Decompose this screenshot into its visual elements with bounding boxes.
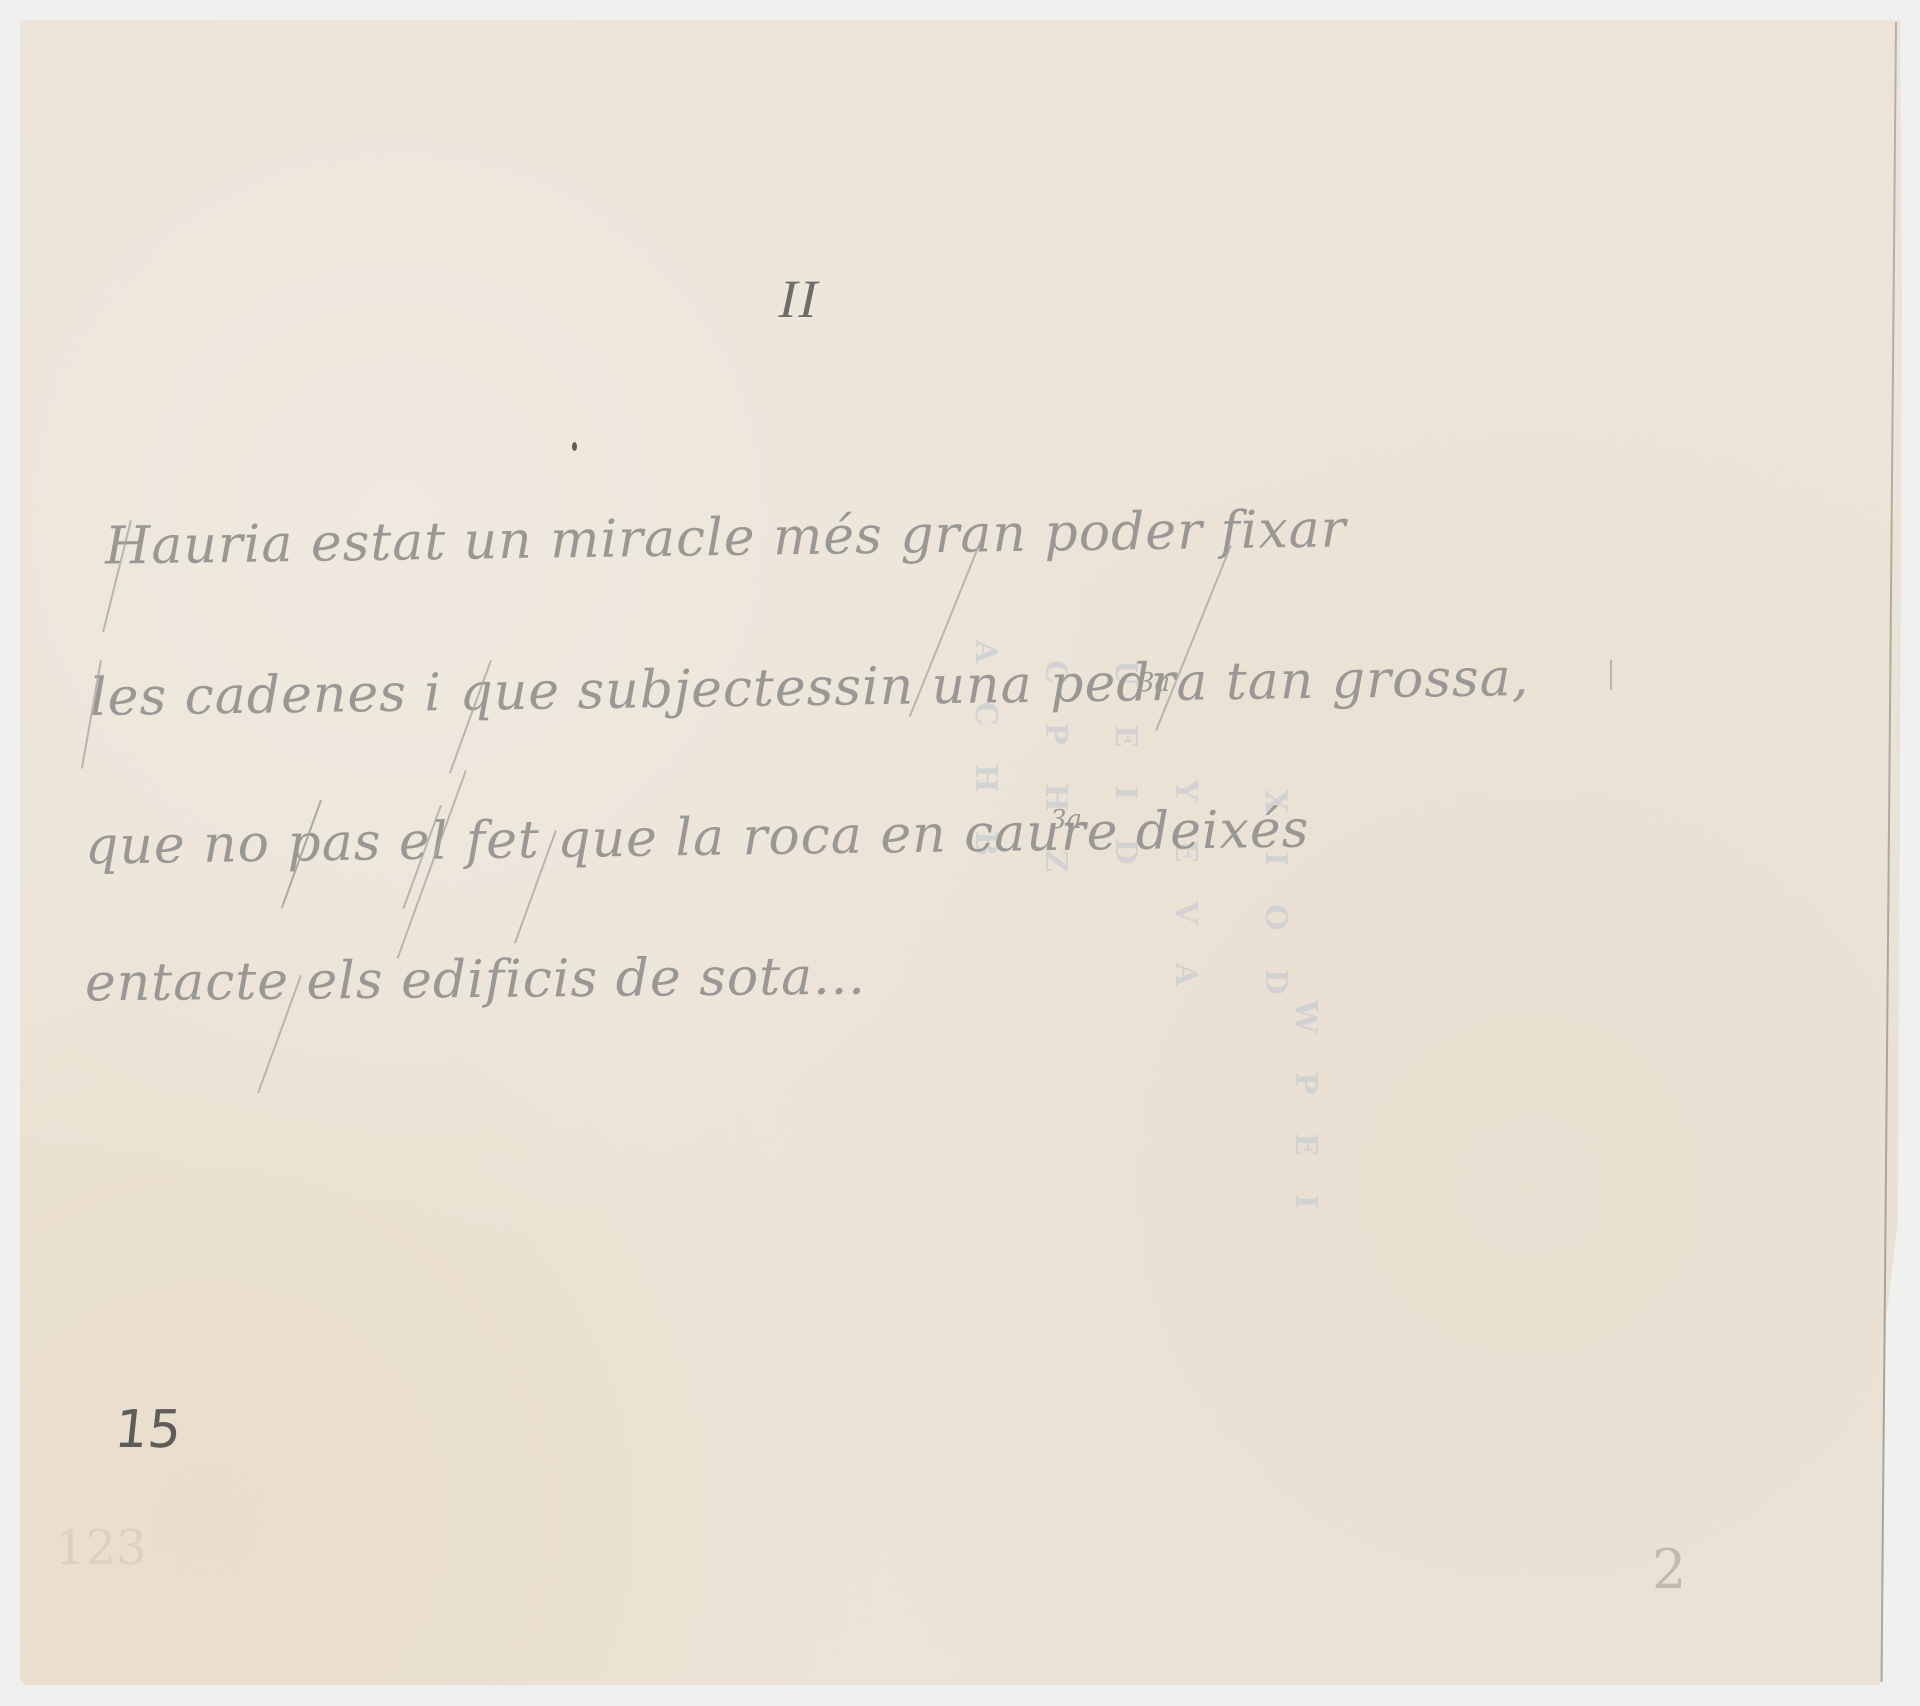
page-number: 15 (112, 1400, 184, 1460)
pencil-descender (1610, 660, 1612, 690)
faint-corner-mark: 123 (55, 1520, 147, 1576)
archive-number: 2 (1652, 1538, 1686, 1601)
manuscript-line-4: entacte els edificis de sota... (85, 947, 866, 1014)
paper-speck (572, 442, 577, 451)
interlinear-insertion-2: 3a (1050, 805, 1082, 835)
embossed-column-6: W P E I (1290, 1000, 1320, 1222)
interlinear-insertion-1: 3a (1138, 668, 1170, 698)
